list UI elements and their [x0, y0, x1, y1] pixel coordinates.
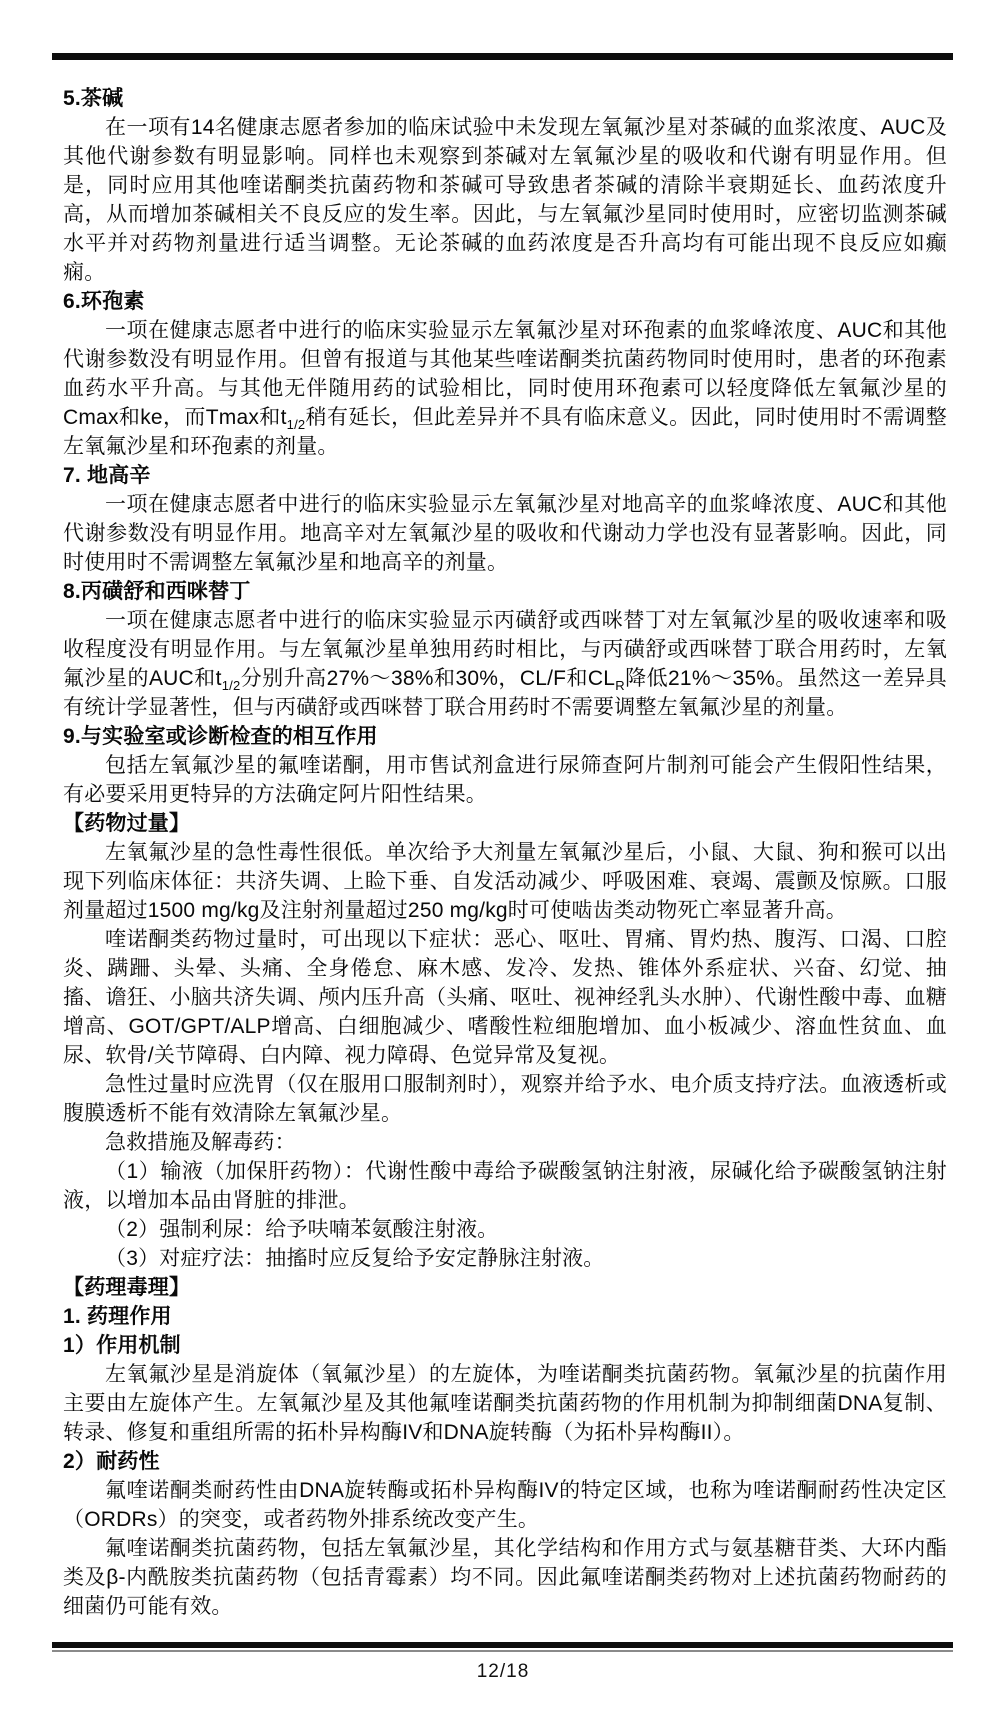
- paragraph: 喹诺酮类药物过量时，可出现以下症状：恶心、呕吐、胃痛、胃灼热、腹泻、口渴、口腔炎…: [63, 925, 947, 1070]
- paragraph: 在一项有14名健康志愿者参加的临床试验中未发现左氧氟沙星对茶碱的血浆浓度、AUC…: [63, 113, 947, 287]
- document-body: 5.茶碱在一项有14名健康志愿者参加的临床试验中未发现左氧氟沙星对茶碱的血浆浓度…: [63, 84, 947, 1621]
- paragraph: （1）输液（加保肝药物）：代谢性酸中毒给予碳酸氢钠注射液，尿碱化给予碳酸氢钠注射…: [63, 1157, 947, 1215]
- section-heading: 9.与实验室或诊断检查的相互作用: [63, 722, 947, 751]
- paragraph: 一项在健康志愿者中进行的临床实验显示丙磺舒或西咪替丁对左氧氟沙星的吸收速率和吸收…: [63, 606, 947, 722]
- paragraph: （2）强制利尿：给予呋喃苯氨酸注射液。: [63, 1215, 947, 1244]
- section-heading: 5.茶碱: [63, 84, 947, 113]
- paragraph: 左氧氟沙星的急性毒性很低。单次给予大剂量左氧氟沙星后，小鼠、大鼠、狗和猴可以出现…: [63, 838, 947, 925]
- section-heading: 2）耐药性: [63, 1447, 947, 1476]
- paragraph: （3）对症疗法：抽搐时应反复给予安定静脉注射液。: [63, 1244, 947, 1273]
- subscript: 1/2: [222, 678, 241, 693]
- section-heading: 1. 药理作用: [63, 1302, 947, 1331]
- section-heading: 6.环孢素: [63, 287, 947, 316]
- paragraph: 氟喹诺酮类耐药性由DNA旋转酶或拓朴异构酶IV的特定区域，也称为喹诺酮耐药性决定…: [63, 1476, 947, 1534]
- paragraph: 一项在健康志愿者中进行的临床实验显示左氧氟沙星对环孢素的血浆峰浓度、AUC和其他…: [63, 316, 947, 461]
- paragraph: 氟喹诺酮类抗菌药物，包括左氧氟沙星，其化学结构和作用方式与氨基糖苷类、大环内酯类…: [63, 1534, 947, 1621]
- top-rule: [52, 53, 953, 60]
- section-heading: 8.丙磺舒和西咪替丁: [63, 577, 947, 606]
- section-heading: 【药物过量】: [63, 809, 947, 838]
- bottom-rule-shadow: [52, 1650, 953, 1652]
- subscript: R: [615, 678, 625, 693]
- subscript: 1/2: [287, 417, 306, 432]
- page-number: 12/18: [0, 1661, 1006, 1683]
- section-heading: 【药理毒理】: [63, 1273, 947, 1302]
- paragraph: 左氧氟沙星是消旋体（氧氟沙星）的左旋体，为喹诺酮类抗菌药物。氧氟沙星的抗菌作用主…: [63, 1360, 947, 1447]
- paragraph: 包括左氧氟沙星的氟喹诺酮，用市售试剂盒进行尿筛查阿片制剂可能会产生假阳性结果，有…: [63, 751, 947, 809]
- section-heading: 7. 地高辛: [63, 461, 947, 490]
- paragraph: 一项在健康志愿者中进行的临床实验显示左氧氟沙星对地高辛的血浆峰浓度、AUC和其他…: [63, 490, 947, 577]
- bottom-rule: [52, 1642, 953, 1648]
- document-page: 5.茶碱在一项有14名健康志愿者参加的临床试验中未发现左氧氟沙星对茶碱的血浆浓度…: [0, 0, 1006, 1719]
- section-heading: 1）作用机制: [63, 1331, 947, 1360]
- paragraph: 急救措施及解毒药：: [63, 1128, 947, 1157]
- paragraph: 急性过量时应洗胃（仅在服用口服制剂时），观察并给予水、电介质支持疗法。血液透析或…: [63, 1070, 947, 1128]
